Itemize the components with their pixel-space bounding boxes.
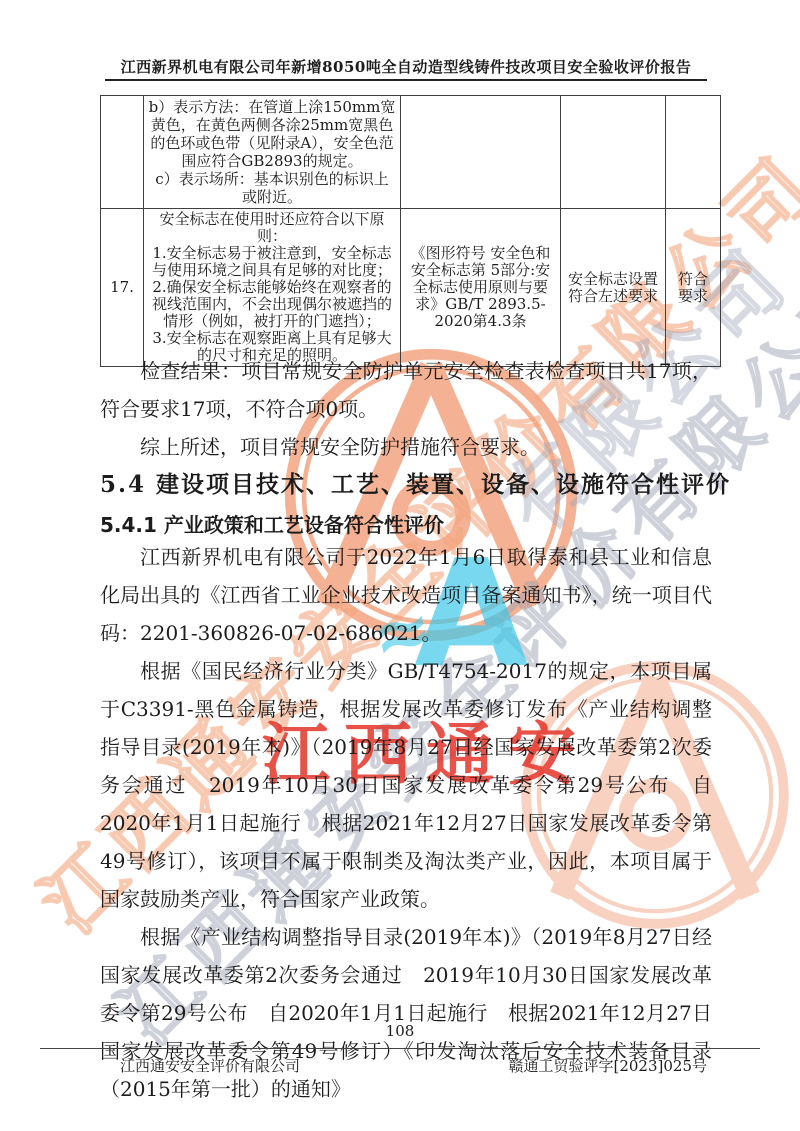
basis-cell: 《图形符号 安全色和安全标志第 5部分:安全标志使用原则与要求》GB/T 289… <box>401 209 561 367</box>
conclusion-cell: 符合 要求 <box>666 209 721 367</box>
paragraph-industry-classification: 根据《国民经济行业分类》GB/T4754-2017的规定，本项目属于C3391-… <box>100 652 712 918</box>
paragraph-project-filing: 江西新界机电有限公司于2022年1月6日取得泰和县工业和信息化局出具的《江西省工… <box>100 538 712 652</box>
basis-cell <box>401 96 561 209</box>
section-heading-5-4: 5.4 建设项目技术、工艺、装置、设备、设施符合性评价 <box>100 470 712 500</box>
body-content: 检查结果：项目常规安全防护单元安全检查表检查项目共17项，符合要求17项，不符合… <box>100 352 712 1108</box>
table-row: b）表示方法：在管道上涂150mm宽黄色，在黄色两侧各涂25mm宽黑色的色环或色… <box>101 96 721 209</box>
content-cell: 安全标志在使用时还应符合以下原则： 1.安全标志易于被注意到，安全标志与使用环境… <box>144 209 401 367</box>
table-row: 17. 安全标志在使用时还应符合以下原则： 1.安全标志易于被注意到，安全标志与… <box>101 209 721 367</box>
check-result-paragraph: 检查结果：项目常规安全防护单元安全检查表检查项目共17项，符合要求17项，不符合… <box>100 352 712 428</box>
status-cell <box>561 96 666 209</box>
paragraph-catalog-notice: 根据《产业结构调整指导目录(2019年本)》（2019年8月27日经国家发展改革… <box>100 918 712 1108</box>
header-rule <box>105 79 707 81</box>
report-header-title: 江西新界机电有限公司年新增8050吨全自动造型线铸件技改项目安全验收评价报告 <box>105 56 707 77</box>
content-cell: b）表示方法：在管道上涂150mm宽黄色，在黄色两侧各涂25mm宽黑色的色环或色… <box>144 96 401 209</box>
footer-page-number: 108 <box>0 1022 800 1040</box>
conclusion-cell <box>666 96 721 209</box>
footer-company-name: 江西通安安全评价有限公司 <box>120 1055 300 1076</box>
footer-document-number: 赣通工贸验评字[2023]025号 <box>508 1055 707 1076</box>
document-page: 江西通安安全评价有限公司 江西通安安全评价有限公司 有限公司 A ≈ 江西通安 … <box>0 0 800 1131</box>
summary-paragraph: 综上所述，项目常规安全防护措施符合要求。 <box>100 428 712 466</box>
seq-cell: 17. <box>101 209 144 367</box>
seq-cell <box>101 96 144 209</box>
footer-rule <box>40 1048 760 1049</box>
section-heading-5-4-1: 5.4.1 产业政策和工艺设备符合性评价 <box>100 512 712 538</box>
safety-checklist-table: b）表示方法：在管道上涂150mm宽黄色，在黄色两侧各涂25mm宽黑色的色环或色… <box>100 95 721 367</box>
status-cell: 安全标志设置 符合左述要求 <box>561 209 666 367</box>
